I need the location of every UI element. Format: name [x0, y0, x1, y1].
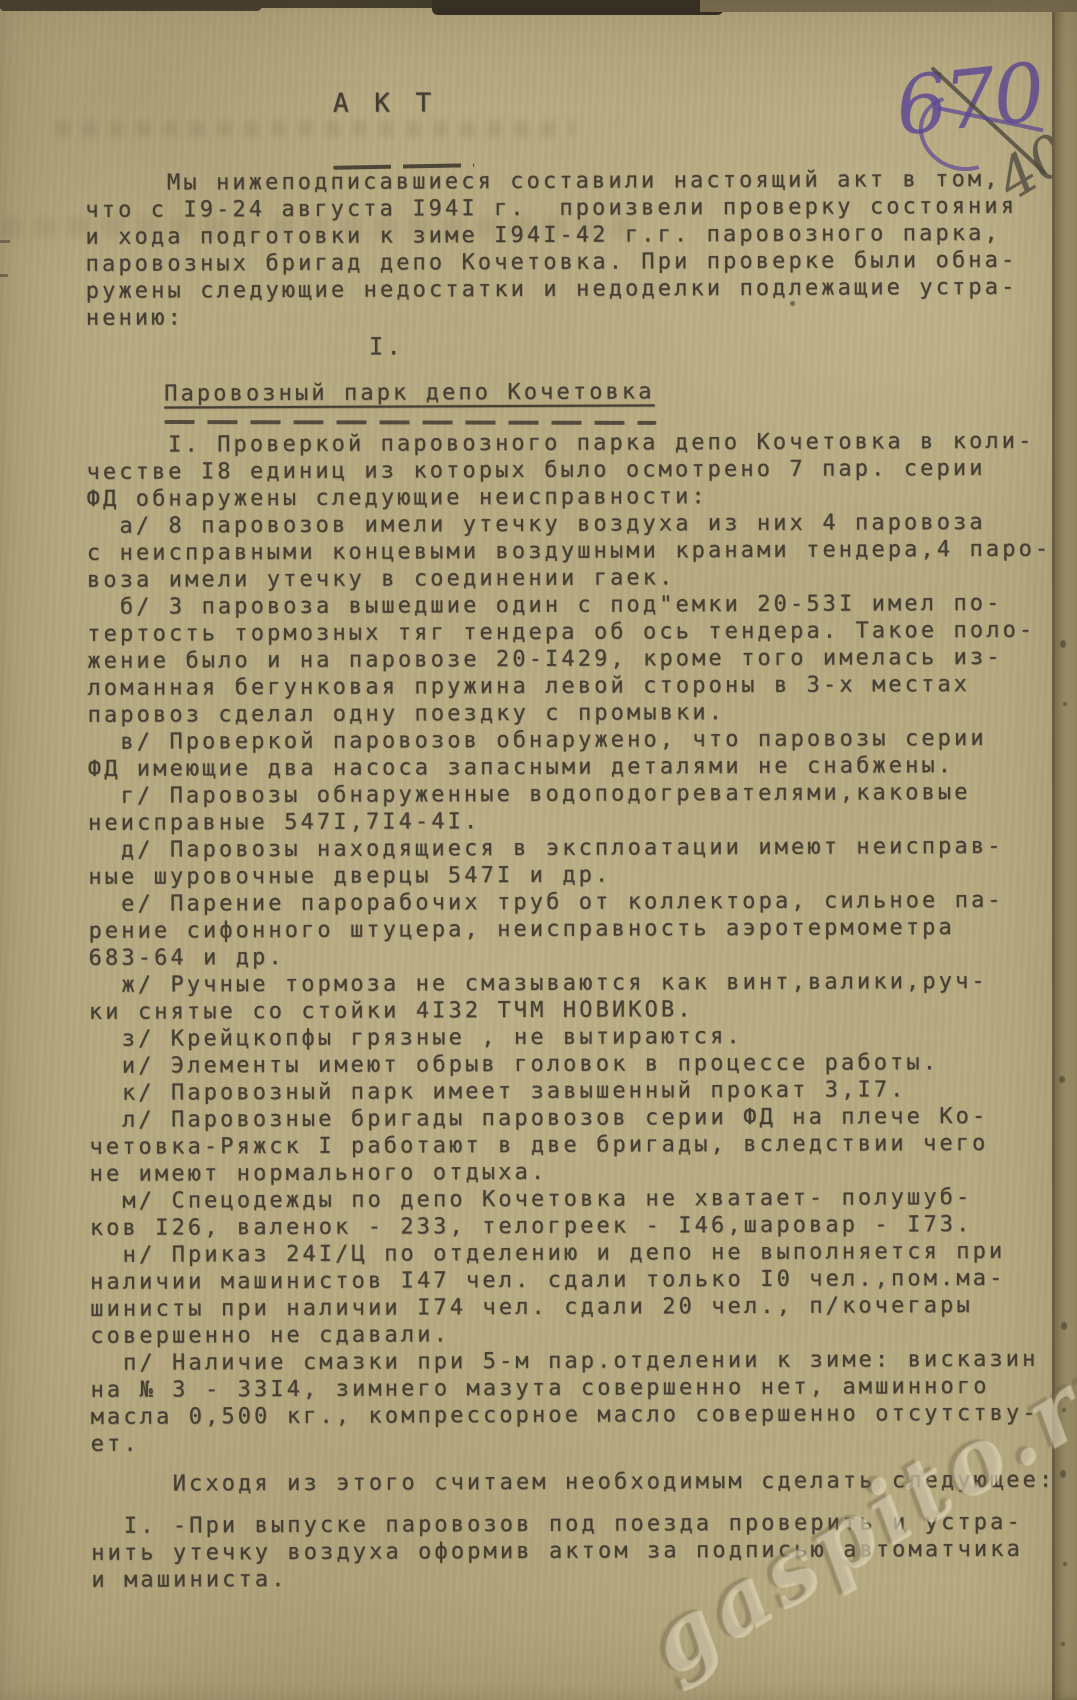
document-scan: А К Т Мы нижеподписавшиеся составили нас…: [0, 0, 1077, 1700]
typed-line: что с I9-24 августа I94I г. произвели пр…: [85, 193, 1017, 224]
typed-line: паровозных бригад депо Кочетовка. При пр…: [86, 247, 1018, 278]
edge-fragment: [1059, 1076, 1065, 1083]
section-heading: Паровозный парк депо Кочетовка: [164, 379, 654, 406]
typed-line: 683-64 и др.: [89, 941, 1053, 972]
typed-line: нению:: [86, 301, 1018, 332]
typed-line: и/ Элементы имеют обрыв головок в процес…: [89, 1049, 1053, 1080]
scan-top-edge: [700, 0, 1077, 12]
typed-line: и хода подготовки к зиме I94I-42 г.г. па…: [85, 220, 1017, 251]
scan-top-edge: [432, 0, 724, 15]
typed-line: ФД обнаружены следующие неисправности:: [87, 482, 1051, 513]
ink-speck: [790, 301, 795, 306]
conclusion-paragraph: Исходя из этого считаем необходимым сдел…: [91, 1467, 1055, 1498]
typed-line: неисправные 547I,7I4-4I.: [88, 806, 1052, 837]
typed-line: рение сифонного штуцера, неисправность а…: [88, 914, 1052, 945]
typed-line: четовка-Ряжск I работают в две бригады, …: [89, 1130, 1053, 1161]
edge-mark: [0, 240, 10, 243]
typed-line: I. Проверкой паровозного парка депо Коче…: [86, 428, 1050, 459]
heading-underline: [164, 420, 656, 425]
document-title: А К Т: [333, 88, 436, 118]
typed-line: в/ Проверкой паровозов обнаружено, что п…: [88, 725, 1052, 756]
typed-line: е/ Парение парорабочих труб от коллектор…: [88, 887, 1052, 918]
typed-line: ФД имеющие два насоса запасными деталями…: [88, 752, 1052, 783]
typed-line: I. -При выпуске паровозов под поезда про…: [91, 1509, 1023, 1540]
typed-line: честве I8 единиц из которых было осмотре…: [86, 455, 1050, 486]
typed-line: паровоз сделал одну поездку с промывки.: [88, 698, 1052, 729]
typed-line: ков I26, валенок - 233, телогреек - I46,…: [90, 1211, 1054, 1242]
edge-fragment: [1060, 640, 1066, 648]
typed-line: Исходя из этого считаем необходимым сдел…: [91, 1467, 1055, 1498]
typed-line: г/ Паровозы обнаруженные водоподогревате…: [88, 779, 1052, 810]
edge-fragment: [1063, 1562, 1067, 1566]
typed-line: п/ Наличие смазки при 5-м пар.отделении …: [90, 1346, 1054, 1377]
typed-line: а/ 8 паровозов имели утечку воздуха из н…: [87, 509, 1051, 540]
typed-line: ж/ Ручные тормоза не смазываются как вин…: [89, 968, 1053, 999]
typed-line: с неисправными концевыми воздушными кран…: [87, 536, 1051, 567]
typed-line: жение было и на паровозе 20-I429, кроме …: [87, 644, 1051, 675]
typed-line: шинисты при наличии I74 чел. сдали 20 че…: [90, 1292, 1054, 1323]
edge-fragment: [1063, 702, 1067, 706]
typed-line: д/ Паровозы находящиеся в эксплоатации и…: [88, 833, 1052, 864]
typed-content: А К Т Мы нижеподписавшиеся составили нас…: [0, 0, 1077, 1700]
typed-line: ет.: [91, 1427, 1055, 1458]
typed-line: м/ Спецодежды по депо Кочетовка не хвата…: [90, 1184, 1054, 1215]
typed-line: не имеют нормального отдыха.: [90, 1157, 1054, 1188]
typed-line: Мы нижеподписавшиеся составили настоящий…: [85, 166, 1017, 197]
findings-list: I. Проверкой паровозного парка депо Коче…: [86, 428, 1055, 1458]
edge-fragment: [1062, 1408, 1066, 1412]
typed-line: б/ 3 паровоза вышедшие один с под"емки 2…: [87, 590, 1051, 621]
typed-line: з/ Крейцкопфы грязные , не вытираются.: [89, 1022, 1053, 1053]
recommendation-paragraph: I. -При выпуске паровозов под поезда про…: [91, 1509, 1023, 1594]
typed-line: ружены следующие недостатки и недоделки …: [86, 274, 1018, 305]
typed-line: ки снятые со стойки 4I32 ТЧМ НОВИКОВ.: [89, 995, 1053, 1026]
typed-line: воза имели утечку в соединении гаек.: [87, 563, 1051, 594]
edge-fragment: [1061, 1642, 1065, 1646]
typed-line: нить утечку воздуха оформив актом за под…: [91, 1536, 1023, 1567]
edge-fragment: [1061, 1322, 1067, 1330]
typed-line: ломанная бегунковая пружина левой сторон…: [87, 671, 1051, 702]
edge-fragment: [1060, 1470, 1066, 1478]
intro-paragraph: Мы нижеподписавшиеся составили настоящий…: [85, 166, 1017, 332]
typed-line: ные шуровочные дверцы 547I и др.: [88, 860, 1052, 891]
typed-line: тертость тормозных тяг тендера об ось те…: [87, 617, 1051, 648]
typed-line: на № 3 - 33I4, зимнего мазута совершенно…: [90, 1373, 1054, 1404]
typed-line: наличии машинистов I47 чел. сдали только…: [90, 1265, 1054, 1296]
section-numeral: I.: [369, 333, 404, 361]
typed-line: н/ Приказ 24I/Ц по отделению и депо не в…: [90, 1238, 1054, 1269]
typed-line: и машиниста.: [91, 1563, 1023, 1594]
scan-top-edge: [0, 0, 262, 11]
typed-line: л/ Паровозные бригады паровозов серии ФД…: [89, 1103, 1053, 1134]
typed-line: масла 0,500 кг., компрессорное масло сов…: [91, 1400, 1055, 1431]
edge-mark: [0, 274, 8, 277]
typed-line: совершенно не сдавали.: [90, 1319, 1054, 1350]
adjacent-page-strip: [1052, 0, 1077, 1700]
typed-line: к/ Паровозный парк имеет завышенный прок…: [89, 1076, 1053, 1107]
